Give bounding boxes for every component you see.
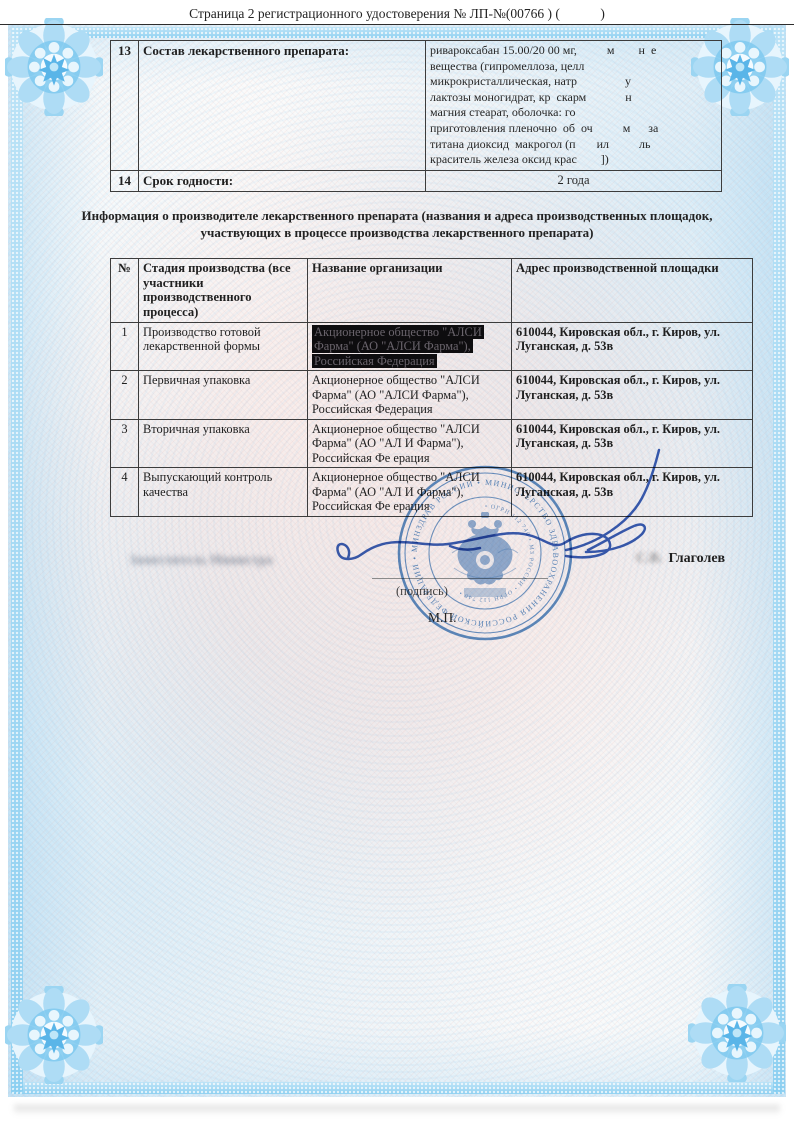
column-header-stage: Стадия производства (все участники произ…: [139, 259, 308, 323]
composition-table: 13 Состав лекарственного препарата: рива…: [110, 40, 722, 192]
row-number: 13: [111, 41, 139, 171]
table-row-composition: 13 Состав лекарственного препарата: рива…: [111, 41, 722, 171]
cell-stage: Вторичная упаковка: [139, 419, 308, 468]
corner-rosette-icon: [688, 984, 786, 1082]
column-header-organization: Название организации: [308, 259, 512, 323]
cell-num: 2: [111, 371, 139, 420]
column-header-address: Адрес производственной площадки: [512, 259, 753, 323]
page-title: Страница 2 регистрационного удостоверени…: [0, 6, 794, 22]
frame-band-right: [773, 27, 785, 1094]
manufacturer-info-paragraph: Информация о производителе лекарственног…: [69, 208, 725, 241]
cell-num: 3: [111, 419, 139, 468]
cell-address: 610044, Кировская обл., г. Киров, ул. Лу…: [512, 322, 753, 371]
cell-num: 1: [111, 322, 139, 371]
column-header-num: №: [111, 259, 139, 323]
cell-stage: Выпускающий контроль качества: [139, 468, 308, 517]
frame-band-left: [11, 27, 23, 1094]
cell-organization-redacted: Акционерное общество "АЛСИ Фарма" (АО "А…: [308, 322, 512, 371]
cell-stage: Первичная упаковка: [139, 371, 308, 420]
table-row: 2 Первичная упаковка Акционерное обществ…: [111, 371, 753, 420]
cell-num: 4: [111, 468, 139, 517]
row-label: Срок годности:: [139, 170, 426, 191]
row-number: 14: [111, 170, 139, 191]
redacted-text: Акционерное общество "АЛСИ Фарма" (АО "А…: [312, 325, 484, 368]
frame-band-top: [12, 27, 782, 38]
signer-surname: Глаголев: [668, 551, 725, 566]
table-row-shelf-life: 14 Срок годности: 2 года: [111, 170, 722, 191]
cell-stage: Производство готовой лекарственной формы: [139, 322, 308, 371]
certificate-page: Страница 2 регистрационного удостоверени…: [0, 0, 794, 1123]
row-value: 2 года: [426, 170, 722, 191]
cell-address: 610044, Кировская обл., г. Киров, ул. Лу…: [512, 371, 753, 420]
corner-rosette-icon: [5, 18, 103, 116]
official-title-blurred: Заместитель Министра: [112, 552, 290, 568]
scan-shadow: [14, 1105, 780, 1115]
cell-organization: Акционерное общество "АЛСИ Фарма" (АО "А…: [308, 371, 512, 420]
header-rule: [0, 24, 794, 25]
row-label: Состав лекарственного препарата:: [139, 41, 426, 171]
frame-band-bottom: [12, 1082, 782, 1094]
table-row: 1 Производство готовой лекарственной фор…: [111, 322, 753, 371]
row-value: ривароксабан 15.00/20 00 мг, м н е вещес…: [426, 41, 722, 171]
table-header-row: № Стадия производства (все участники про…: [111, 259, 753, 323]
corner-rosette-icon: [5, 986, 103, 1084]
pen-signature: [330, 430, 670, 600]
